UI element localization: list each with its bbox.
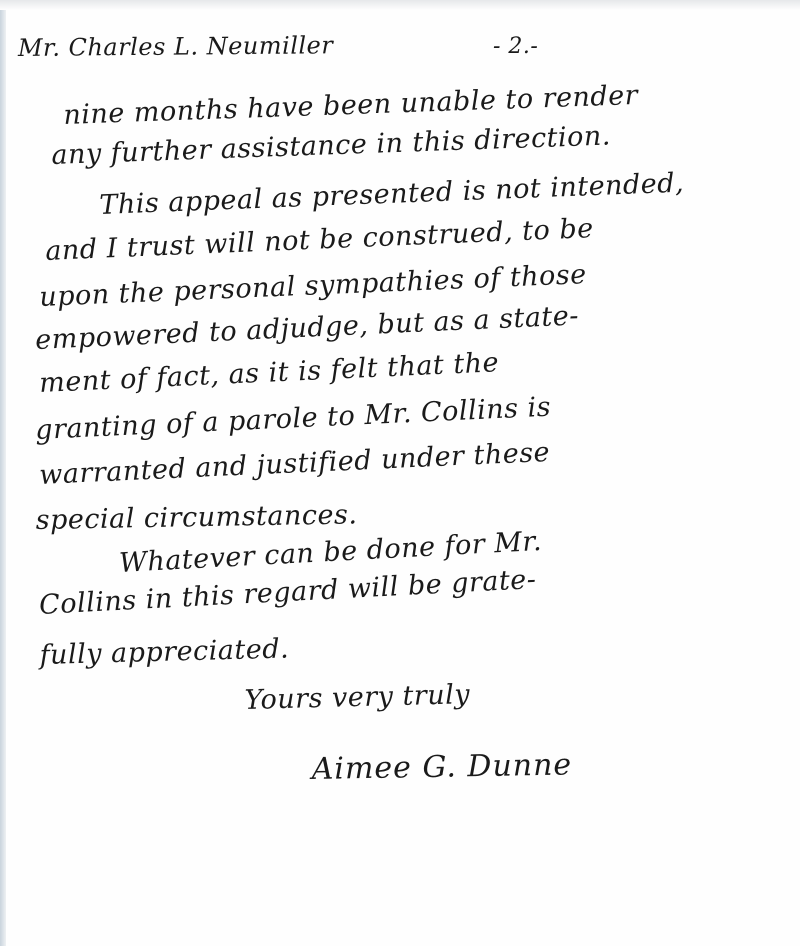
body-line: ment of fact, as it is felt that the [39, 347, 500, 399]
body-line: warranted and justified under these [39, 437, 551, 491]
signature: Aimee G. Dunne [311, 747, 572, 787]
closing-salutation: Yours very truly [244, 679, 470, 716]
body-line: and I trust will not be construed, to be [45, 213, 595, 267]
body-line: This appeal as presented is not intended… [99, 168, 685, 221]
body-line: special circumstances. [35, 499, 357, 536]
addressee-header: Mr. Charles L. Neumiller [18, 31, 334, 62]
page-number: - 2.- [493, 34, 538, 59]
body-line: fully appreciated. [39, 633, 289, 671]
body-line: granting of a parole to Mr. Collins is [35, 392, 552, 446]
letter-page: Mr. Charles L. Neumiller - 2.- nine mont… [0, 0, 800, 946]
scan-edge-strip [0, 0, 6, 946]
scan-top-edge [0, 0, 800, 10]
body-line: Collins in this regard will be grate- [38, 564, 537, 621]
